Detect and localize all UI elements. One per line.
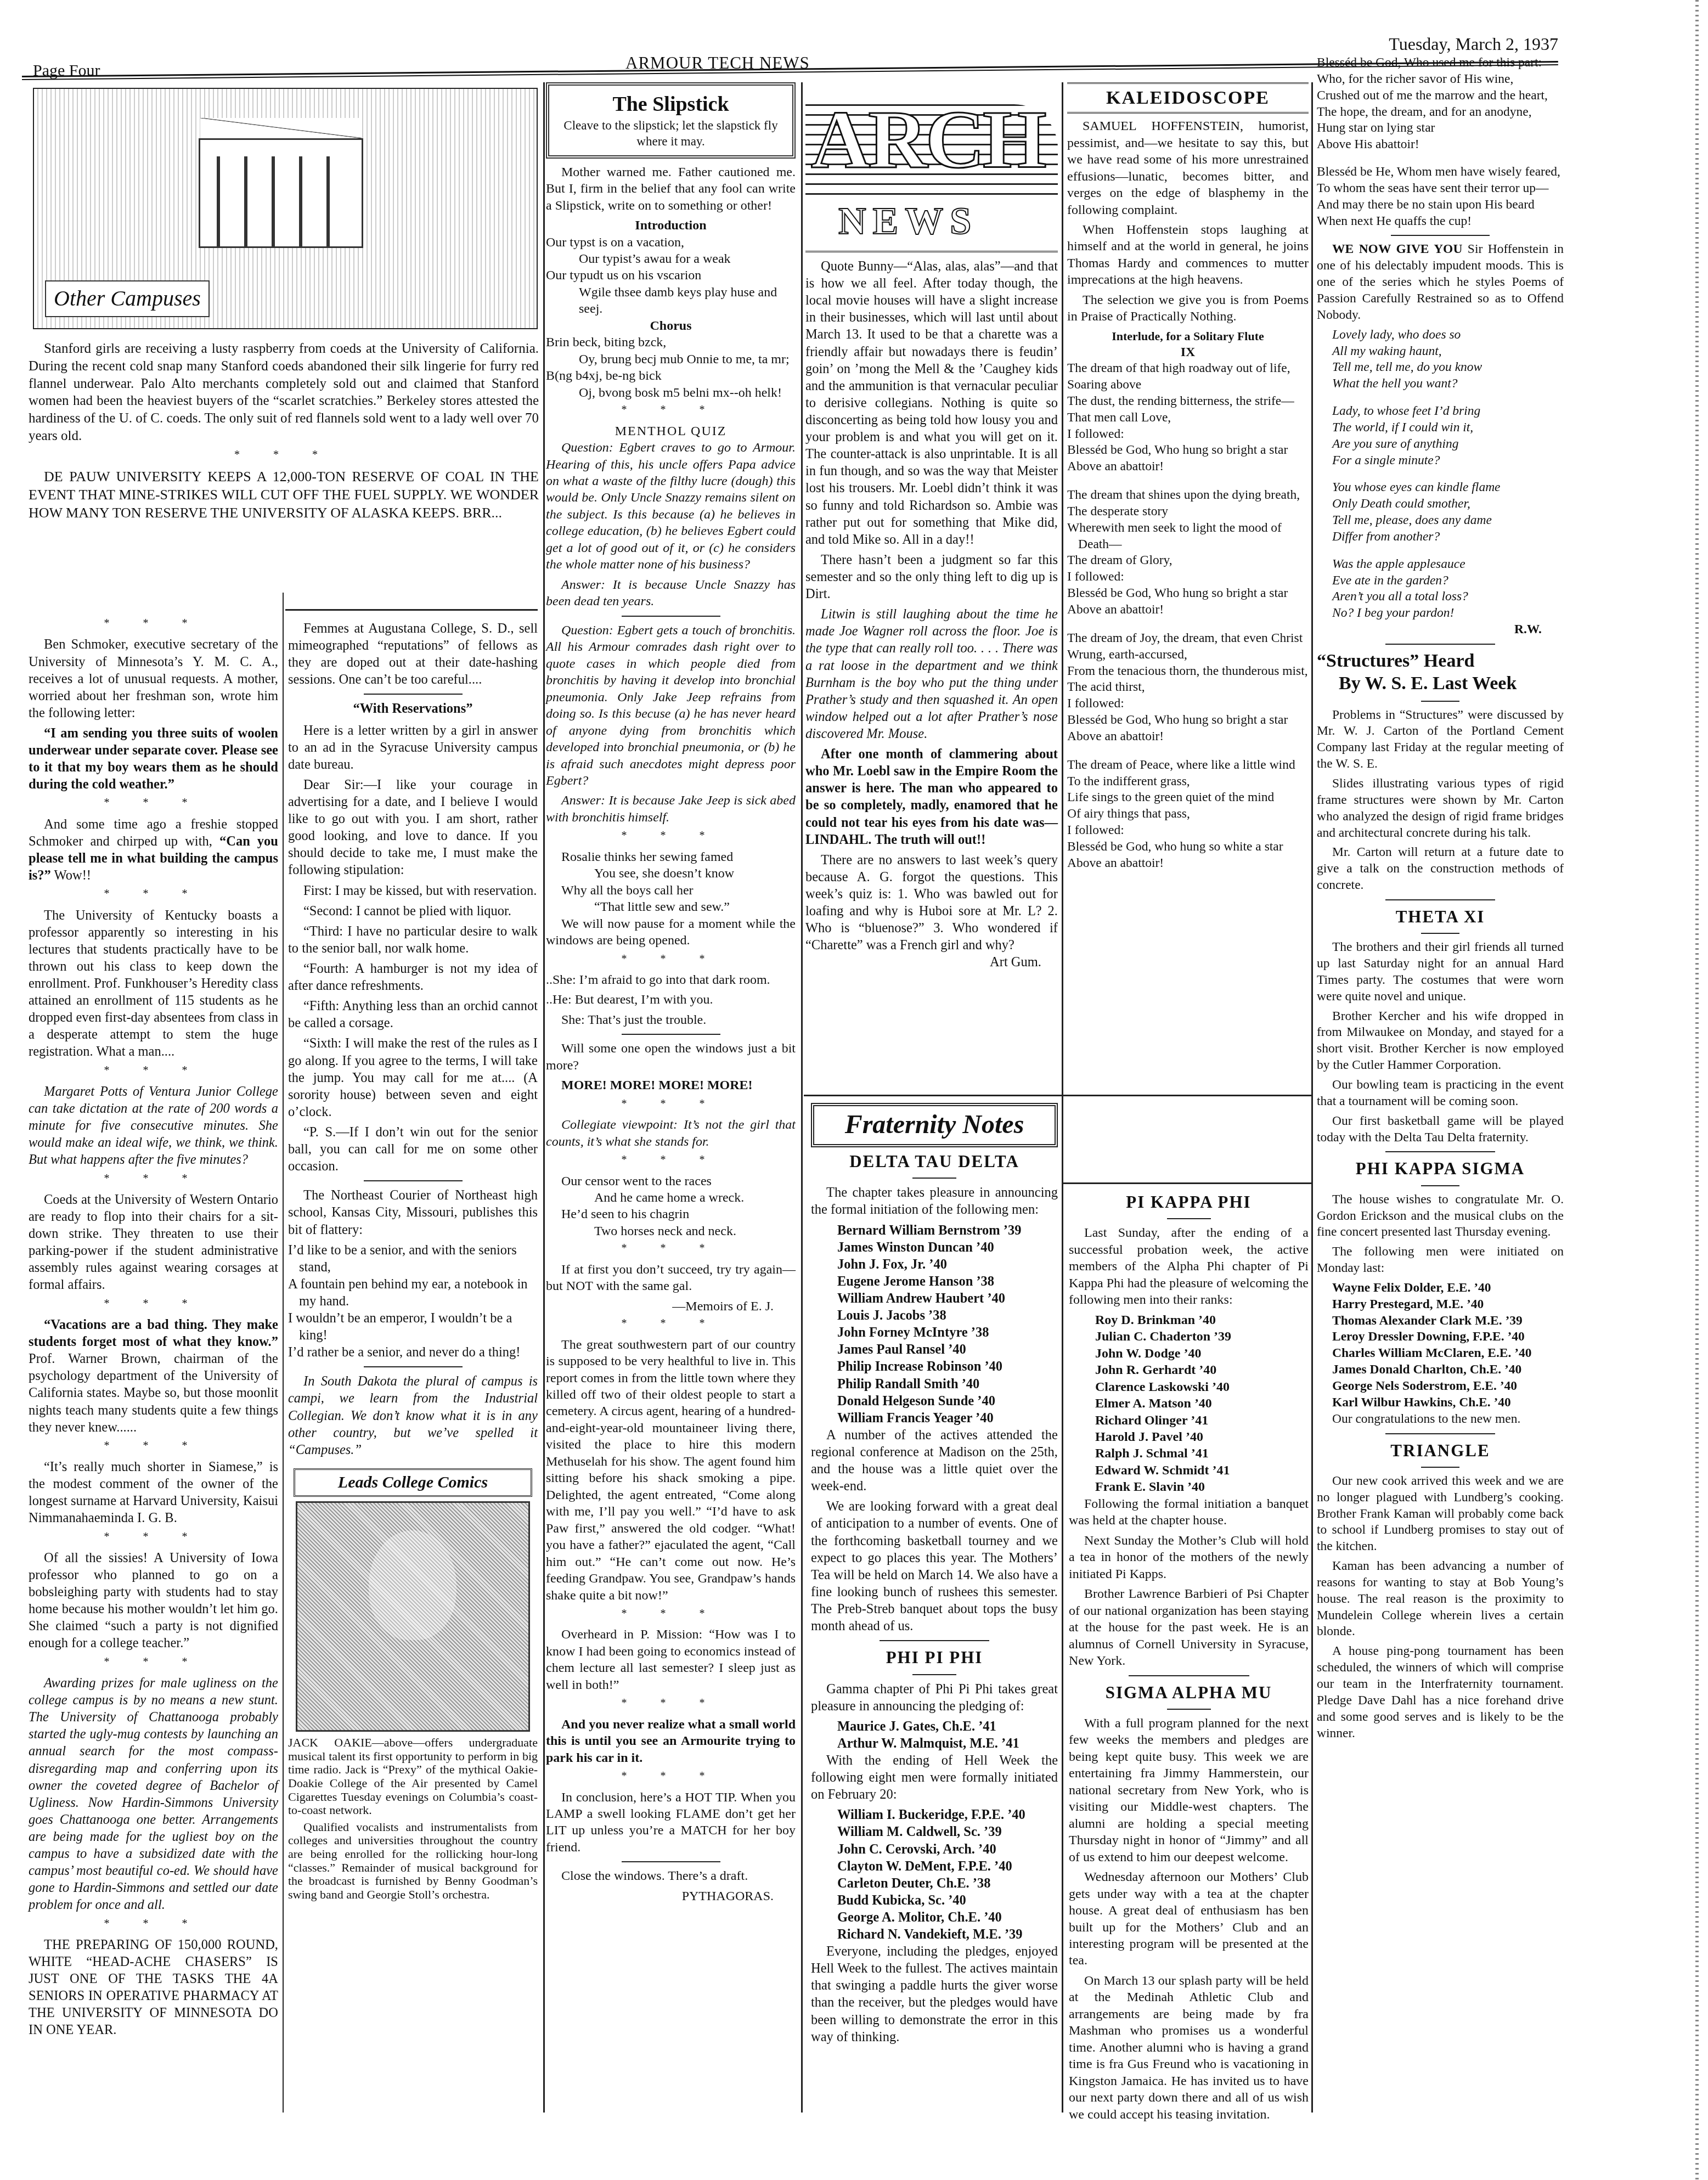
- sissies-item: Of all the sissies! A University of Iowa…: [29, 1550, 278, 1652]
- courier-poem: I’d like to be a senior, and with the se…: [288, 1242, 538, 1361]
- other-campuses-logo: Other Campuses: [45, 280, 210, 317]
- building-icon: [199, 138, 363, 248]
- schmoker-item: Ben Schmoker, executive secretary of the…: [29, 636, 278, 722]
- fraternity-notes-column-2: PI KAPPA PHI Last Sunday, after the endi…: [1069, 1188, 1309, 2126]
- oakie-caption-1: JACK OAKIE—above—offers undergraduate mu…: [288, 1736, 538, 1817]
- right-column: Blesséd be God, Who used me for this par…: [1317, 55, 1564, 1745]
- triangle-heading: TRIANGLE: [1317, 1440, 1564, 1461]
- column-divider: [1311, 82, 1313, 2113]
- hoffenstein-intro: WE NOW GIVE YOU Sir Hoffenstein in one o…: [1317, 241, 1564, 323]
- pi-kappa-phi-heading: PI KAPPA PHI: [1069, 1191, 1309, 1213]
- stanford-item: Stanford girls are receiving a lusty ras…: [29, 340, 539, 445]
- courier-intro: The Northeast Courier of Northeast high …: [288, 1187, 538, 1238]
- interlude-poem-continued: Blesséd be God, Who used me for this par…: [1317, 55, 1564, 229]
- column-divider: [1062, 82, 1063, 2113]
- rule: [1062, 1182, 1311, 1184]
- column-divider: [543, 82, 545, 2113]
- reservations-intro: Here is a letter written by a girl in an…: [288, 722, 538, 773]
- vacations-item: “Vacations are a bad thing. They make st…: [29, 1316, 278, 1436]
- interlude-poem: The dream of that high roadway out of li…: [1067, 360, 1309, 871]
- phi-pi-phi-heading: PHI PI PHI: [811, 1647, 1058, 1668]
- arch-news-column: ARCH NEWS Quote Bunny—“Alas, alas, alas”…: [805, 82, 1058, 971]
- delta-tau-delta-heading: DELTA TAU DELTA: [811, 1151, 1058, 1172]
- news-logo-text: NEWS: [838, 198, 978, 246]
- face-icon: [369, 1530, 456, 1640]
- slipstick-signature: PYTHAGORAS.: [546, 1888, 796, 1905]
- arch-logo-text: ARCH: [811, 99, 1045, 181]
- structures-headline: “Structures” Heard By W. S. E. Last Week: [1317, 650, 1564, 695]
- siamese-item: “It’s really much shorter in Siamese,” i…: [29, 1458, 278, 1526]
- reservations-title: “With Reservations”: [288, 700, 538, 717]
- phi-kappa-sigma-heading: PHI KAPPA SIGMA: [1317, 1158, 1564, 1179]
- scan-edge: [1695, 0, 1699, 2180]
- pharmacy-item: THE PREPARING OF 150,000 ROUND, WHITE “H…: [29, 1936, 278, 2039]
- ontario-item: Coeds at the University of Western Ontar…: [29, 1191, 278, 1294]
- slipstick-title: The Slipstick: [555, 91, 787, 117]
- rule: [285, 609, 538, 611]
- delta-tau-delta-initiates: Bernard William Bernstrom ’39 James Wins…: [811, 1222, 1058, 1427]
- issue-date: Tuesday, March 2, 1937: [1389, 33, 1558, 55]
- other-campuses-illustration: Other Campuses: [33, 88, 538, 329]
- potts-item: Margaret Potts of Ventura Junior College…: [29, 1083, 278, 1169]
- augustana-item: Femmes at Augustana College, S. D., sell…: [288, 620, 538, 688]
- column-divider: [801, 82, 803, 2113]
- slipstick-column: The Slipstick Cleave to the slipstick; l…: [546, 82, 796, 1905]
- jack-oakie-photo: [296, 1501, 530, 1732]
- south-dakota-item: In South Dakota the plural of campus is …: [288, 1373, 538, 1458]
- schmoker-letter: “I am sending you three suits of woolen …: [29, 725, 278, 793]
- slipstick-header: The Slipstick Cleave to the slipstick; l…: [546, 82, 796, 159]
- arch-news-logo: ARCH NEWS: [805, 82, 1058, 252]
- other-campuses-wide: Stanford girls are receiving a lusty ras…: [29, 340, 539, 525]
- comics-title: Leads College Comics: [294, 1468, 532, 1497]
- depauw-item: DE PAUW UNIVERSITY KEEPS A 12,000-TON RE…: [29, 467, 539, 522]
- kaleidoscope-heading: KALEIDOSCOPE: [1067, 82, 1309, 114]
- theta-xi-heading: THETA XI: [1317, 906, 1564, 927]
- sigma-alpha-mu-heading: SIGMA ALPHA MU: [1069, 1682, 1309, 1703]
- slipstick-motto: Cleave to the slipstick; let the slapsti…: [555, 117, 787, 149]
- fraternity-notes-banner: Fraternity Notes: [811, 1103, 1058, 1147]
- fraternity-notes-column: Fraternity Notes DELTA TAU DELTA The cha…: [811, 1103, 1058, 2049]
- rule: [804, 1095, 1311, 1096]
- freshie-item: And some time ago a freshie stopped Schm…: [29, 816, 278, 884]
- kaleidoscope-column: KALEIDOSCOPE SAMUEL HOFFENSTEIN, humoris…: [1067, 82, 1309, 872]
- phi-kappa-sigma-initiates: Wayne Felix Dolder, E.E. ’40 Harry Prest…: [1317, 1280, 1564, 1411]
- oakie-caption-2: Qualified vocalists and instrumentalists…: [288, 1821, 538, 1902]
- ugliness-item: Awarding prizes for male ugliness on the…: [29, 1675, 278, 1914]
- kentucky-item: The University of Kentucky boasts a prof…: [29, 907, 278, 1061]
- second-column: Femmes at Augustana College, S. D., sell…: [288, 620, 538, 1905]
- column-divider: [283, 593, 284, 2113]
- lovely-lady-poem: Lovely lady, who does soAll my waking ha…: [1317, 327, 1564, 622]
- pi-kappa-phi-initiates: Roy D. Brinkman ’40 Julian C. Chaderton …: [1069, 1312, 1309, 1496]
- other-campuses-column: * * * Ben Schmoker, executive secretary …: [29, 615, 278, 2042]
